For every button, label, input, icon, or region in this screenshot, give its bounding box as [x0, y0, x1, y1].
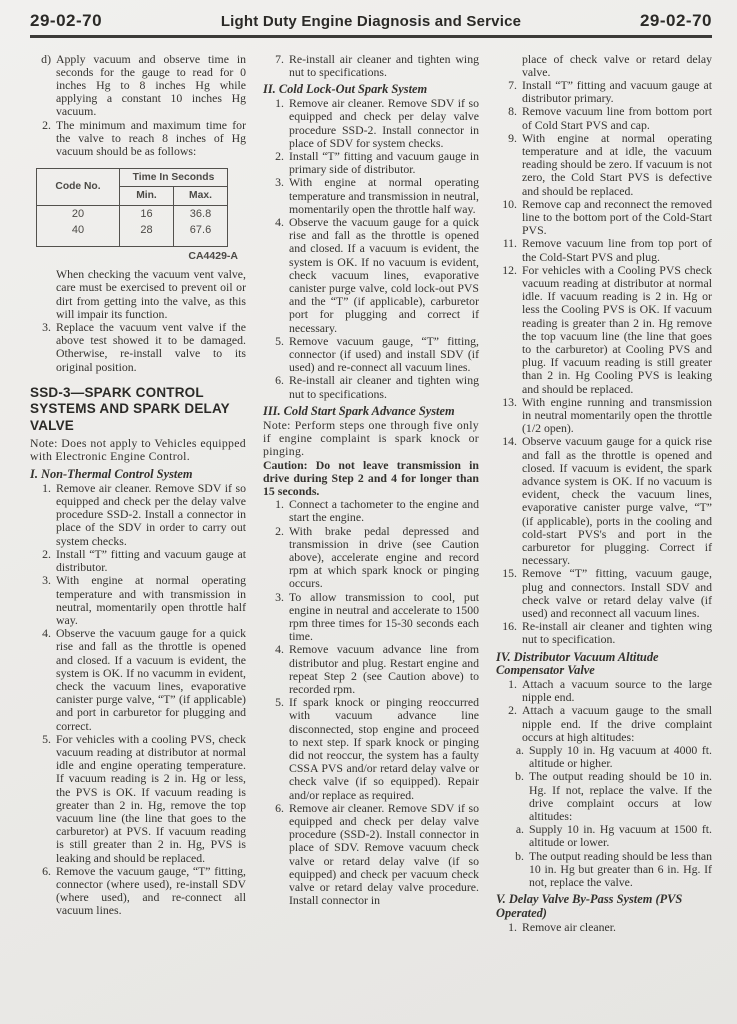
- text-columns: d)Apply vacuum and observe time in secon…: [30, 53, 712, 934]
- list-item: b.The output reading should be 10 in. Hg…: [496, 770, 712, 823]
- list-item: 1.Attach a vacuum source to the large ni…: [496, 678, 712, 704]
- table-group-header: Time In Seconds: [120, 169, 228, 187]
- table-cell: 20: [37, 205, 120, 222]
- list-marker: 3.: [263, 176, 289, 216]
- list-item: 1.Remove air cleaner.: [496, 921, 712, 934]
- table-row: 402867.6: [37, 222, 228, 247]
- list-item-text: Remove “T” fitting, vacuum gauge, plug a…: [522, 567, 712, 620]
- list-item-text: Remove vacuum line from bottom port of C…: [522, 105, 712, 131]
- list-item: 14.Observe vacuum gauge for a quick rise…: [496, 435, 712, 567]
- page-title: Light Duty Engine Diagnosis and Service: [148, 13, 594, 30]
- note-text: Note: Perform steps one through five onl…: [263, 419, 479, 459]
- list-marker: b.: [509, 850, 529, 890]
- table-cell: 28: [120, 222, 174, 247]
- list-item: 3.With engine at normal operating temper…: [263, 176, 479, 216]
- list-item: 12.For vehicles with a Cooling PVS check…: [496, 264, 712, 396]
- list-item: 2.Install “T” fitting and vacuum gauge a…: [30, 548, 246, 574]
- list-marker: 9.: [496, 132, 522, 198]
- list-marker: 11.: [496, 237, 522, 263]
- paragraph-continuation: When checking the vacuum vent valve, car…: [30, 268, 246, 321]
- header-rule: [30, 35, 712, 38]
- list-item-text: With engine at normal operating temperat…: [56, 574, 246, 627]
- list-item-text: Replace the vacuum vent valve if the abo…: [56, 321, 246, 374]
- list-item: 10.Remove cap and reconnect the removed …: [496, 198, 712, 238]
- list-item-text: Observe vacuum gauge for a quick rise an…: [522, 435, 712, 567]
- list-item-text: Observe the vacuum gauge for a quick ris…: [56, 627, 246, 733]
- list-marker: 4.: [263, 216, 289, 335]
- list-marker: a.: [509, 744, 529, 770]
- list-item-text: Remove air cleaner.: [522, 921, 712, 934]
- column-right: place of check valve or retard delay val…: [496, 53, 712, 934]
- list-item-text: To allow transmission to cool, put engin…: [289, 591, 479, 644]
- list-item: 6.Remove the vacuum gauge, “T” fitting, …: [30, 865, 246, 918]
- list-marker: 1.: [496, 921, 522, 934]
- list-item-text: Observe the vacuum gauge for a quick ris…: [289, 216, 479, 335]
- list-marker: d): [30, 53, 56, 119]
- list-item-text: Re-install air cleaner and tighten wing …: [289, 53, 479, 79]
- list-marker: b.: [509, 770, 529, 823]
- list-marker: 8.: [496, 105, 522, 131]
- paragraph-continuation: place of check valve or retard delay val…: [496, 53, 712, 79]
- figure-caption: CA4429-A: [30, 250, 238, 263]
- note-text: Note: Does not apply to Vehicles equippe…: [30, 437, 246, 463]
- list-item-text: With brake pedal depressed and transmiss…: [289, 525, 479, 591]
- manual-page: 29-02-70 Light Duty Engine Diagnosis and…: [0, 0, 737, 1024]
- list-marker: 4.: [30, 627, 56, 733]
- list-item-text: Install “T” fitting and vacuum gauge in …: [289, 150, 479, 176]
- list-item-text: Re-install air cleaner and tighten wing …: [522, 620, 712, 646]
- list-marker: 3.: [30, 321, 56, 374]
- list-marker: 7.: [263, 53, 289, 79]
- subsection-heading: I. Non-Thermal Control System: [30, 468, 246, 481]
- list-marker: 4.: [263, 643, 289, 696]
- page-number-right: 29-02-70: [594, 11, 712, 31]
- list-marker: 1.: [30, 482, 56, 548]
- list-item-text: Attach a vacuum source to the large nipp…: [522, 678, 712, 704]
- list-item: 3.With engine at normal operating temper…: [30, 574, 246, 627]
- page-number-left: 29-02-70: [30, 11, 148, 31]
- page-header: 29-02-70 Light Duty Engine Diagnosis and…: [30, 11, 712, 31]
- list-marker: 13.: [496, 396, 522, 436]
- list-item-text: Remove air cleaner. Remove SDV if so equ…: [289, 802, 479, 908]
- list-item-text: The output reading should be 10 in. Hg. …: [529, 770, 712, 823]
- list-item-text: The output reading should be less than 1…: [529, 850, 712, 890]
- list-item-text: Install “T” fitting and vacuum gauge at …: [522, 79, 712, 105]
- caution-text: Caution: Do not leave transmission in dr…: [263, 459, 479, 499]
- list-item-text: Remove the vacuum gauge, “T” fitting, co…: [56, 865, 246, 918]
- list-item-text: Apply vacuum and observe time in seconds…: [56, 53, 246, 119]
- list-item: 5.If spark knock or pinging reoccurred w…: [263, 696, 479, 802]
- list-marker: 6.: [30, 865, 56, 918]
- list-item: a.Supply 10 in. Hg vacuum at 1500 ft. al…: [496, 823, 712, 849]
- table-cell: 67.6: [174, 222, 228, 247]
- list-item: 4.Observe the vacuum gauge for a quick r…: [30, 627, 246, 733]
- list-marker: 1.: [496, 678, 522, 704]
- list-item: 1.Remove air cleaner. Remove SDV if so e…: [263, 97, 479, 150]
- list-marker: 6.: [263, 374, 289, 400]
- list-item-text: With engine running and transmission in …: [522, 396, 712, 436]
- list-marker: a.: [509, 823, 529, 849]
- list-item: 3.To allow transmission to cool, put eng…: [263, 591, 479, 644]
- column-middle: 7.Re-install air cleaner and tighten win…: [263, 53, 479, 934]
- list-item: 16.Re-install air cleaner and tighten wi…: [496, 620, 712, 646]
- table-cell: 16: [120, 205, 174, 222]
- list-item-text: Remove air cleaner. Remove SDV if so equ…: [289, 97, 479, 150]
- subsection-heading: V. Delay Valve By-Pass System (PVS Opera…: [496, 893, 712, 919]
- list-item-text: Supply 10 in. Hg vacuum at 4000 ft. alti…: [529, 744, 712, 770]
- list-marker: 15.: [496, 567, 522, 620]
- list-marker: 3.: [263, 591, 289, 644]
- list-item: 8.Remove vacuum line from bottom port of…: [496, 105, 712, 131]
- list-item-text: Supply 10 in. Hg vacuum at 1500 ft. alti…: [529, 823, 712, 849]
- table-header-row: Code No.Time In Seconds: [37, 169, 228, 187]
- list-item: a.Supply 10 in. Hg vacuum at 4000 ft. al…: [496, 744, 712, 770]
- list-marker: 2.: [496, 704, 522, 744]
- list-item: 1.Remove air cleaner. Remove SDV if so e…: [30, 482, 246, 548]
- list-item: 1.Connect a tachometer to the engine and…: [263, 498, 479, 524]
- list-item-text: Remove cap and reconnect the removed lin…: [522, 198, 712, 238]
- subsection-heading: III. Cold Start Spark Advance System: [263, 405, 479, 418]
- list-marker: 2.: [263, 150, 289, 176]
- list-item-text: If spark knock or pinging reoccurred wit…: [289, 696, 479, 802]
- list-item-text: Remove vacuum line from top port of the …: [522, 237, 712, 263]
- list-marker: 2.: [263, 525, 289, 591]
- list-item-text: With engine at normal operating temperat…: [289, 176, 479, 216]
- list-marker: 6.: [263, 802, 289, 908]
- table-subheader: Max.: [174, 187, 228, 205]
- list-item-text: Remove vacuum advance line from distribu…: [289, 643, 479, 696]
- list-item-text: Attach a vacuum gauge to the small nippl…: [522, 704, 712, 744]
- list-marker: 10.: [496, 198, 522, 238]
- list-item: 11.Remove vacuum line from top port of t…: [496, 237, 712, 263]
- table-corner-header: Code No.: [37, 169, 120, 205]
- table-subheader: Min.: [120, 187, 174, 205]
- list-marker: 5.: [263, 335, 289, 375]
- list-marker: 12.: [496, 264, 522, 396]
- list-marker: 5.: [30, 733, 56, 865]
- list-item: 5.For vehicles with a cooling PVS, check…: [30, 733, 246, 865]
- table-cell: 40: [37, 222, 120, 247]
- list-item-text: With engine at normal operating temperat…: [522, 132, 712, 198]
- list-item: 13.With engine running and transmission …: [496, 396, 712, 436]
- list-item-text: For vehicles with a cooling PVS, check v…: [56, 733, 246, 865]
- list-item: 4.Remove vacuum advance line from distri…: [263, 643, 479, 696]
- list-marker: 1.: [263, 97, 289, 150]
- list-marker: 5.: [263, 696, 289, 802]
- list-item: 2.The minimum and maximum time for the v…: [30, 119, 246, 159]
- list-marker: 14.: [496, 435, 522, 567]
- list-marker: 7.: [496, 79, 522, 105]
- list-marker: 1.: [263, 498, 289, 524]
- list-item: 2.With brake pedal depressed and transmi…: [263, 525, 479, 591]
- list-item: 15.Remove “T” fitting, vacuum gauge, plu…: [496, 567, 712, 620]
- list-item: 6.Remove air cleaner. Remove SDV if so e…: [263, 802, 479, 908]
- list-marker: 3.: [30, 574, 56, 627]
- list-item-text: Re-install air cleaner and tighten wing …: [289, 374, 479, 400]
- list-item-text: Remove vacuum gauge, “T” fitting, connec…: [289, 335, 479, 375]
- list-marker: 2.: [30, 548, 56, 574]
- column-left: d)Apply vacuum and observe time in secon…: [30, 53, 246, 934]
- spec-table: Code No.Time In SecondsMin.Max.201636.84…: [36, 168, 228, 247]
- list-item: 2.Attach a vacuum gauge to the small nip…: [496, 704, 712, 744]
- list-item-text: Install “T” fitting and vacuum gauge at …: [56, 548, 246, 574]
- list-item-text: Remove air cleaner. Remove SDV if so equ…: [56, 482, 246, 548]
- list-item: 9.With engine at normal operating temper…: [496, 132, 712, 198]
- list-item-text: For vehicles with a Cooling PVS check va…: [522, 264, 712, 396]
- table-row: 201636.8: [37, 205, 228, 222]
- list-item: 3.Replace the vacuum vent valve if the a…: [30, 321, 246, 374]
- list-item: 7.Install “T” fitting and vacuum gauge a…: [496, 79, 712, 105]
- list-item: 2.Install “T” fitting and vacuum gauge i…: [263, 150, 479, 176]
- list-item: b.The output reading should be less than…: [496, 850, 712, 890]
- list-marker: 2.: [30, 119, 56, 159]
- table-cell: 36.8: [174, 205, 228, 222]
- list-marker: 16.: [496, 620, 522, 646]
- list-item: 5.Remove vacuum gauge, “T” fitting, conn…: [263, 335, 479, 375]
- subsection-heading: IV. Distributor Vacuum Altitude Compensa…: [496, 651, 712, 677]
- list-item: 7.Re-install air cleaner and tighten win…: [263, 53, 479, 79]
- list-item: d)Apply vacuum and observe time in secon…: [30, 53, 246, 119]
- list-item: 6.Re-install air cleaner and tighten win…: [263, 374, 479, 400]
- list-item: 4.Observe the vacuum gauge for a quick r…: [263, 216, 479, 335]
- subsection-heading: II. Cold Lock-Out Spark System: [263, 83, 479, 96]
- section-heading: SSD-3—SPARK CONTROL SYSTEMS AND SPARK DE…: [30, 385, 246, 435]
- list-item-text: Connect a tachometer to the engine and s…: [289, 498, 479, 524]
- list-item-text: The minimum and maximum time for the val…: [56, 119, 246, 159]
